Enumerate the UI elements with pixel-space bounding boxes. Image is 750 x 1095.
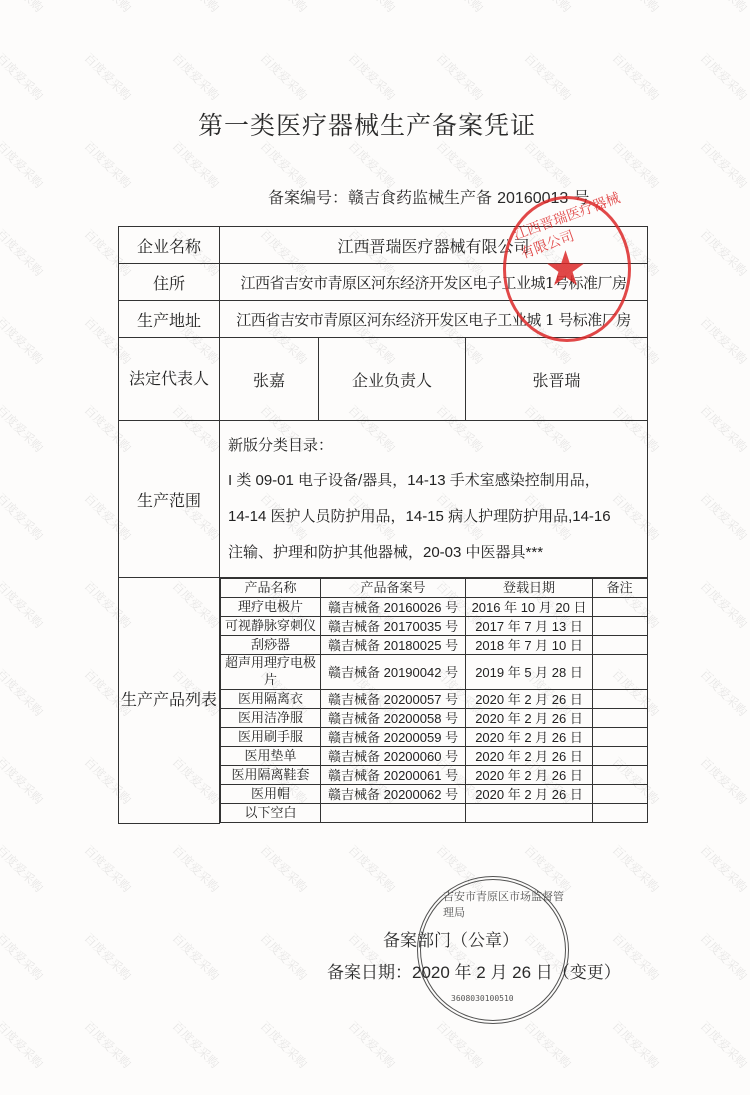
header-note: 备注 bbox=[592, 579, 647, 598]
watermark-text: 百度爱采购 bbox=[433, 1017, 487, 1071]
product-name: 刮痧器 bbox=[221, 636, 321, 655]
product-date: 2020 年 2 月 26 日 bbox=[466, 728, 593, 747]
watermark-text: 百度爱采购 bbox=[0, 489, 47, 543]
watermark-text: 百度爱采购 bbox=[609, 841, 663, 895]
watermark-text: 百度爱采购 bbox=[81, 0, 135, 16]
watermark-text: 百度爱采购 bbox=[521, 49, 575, 103]
watermark-text: 百度爱采购 bbox=[609, 0, 663, 16]
watermark-text: 百度爱采购 bbox=[0, 841, 47, 895]
filing-department: 备案部门（公章） bbox=[383, 926, 519, 951]
product-date: 2020 年 2 月 26 日 bbox=[466, 747, 593, 766]
product-name: 以下空白 bbox=[221, 804, 321, 823]
watermark-text: 百度爱采购 bbox=[521, 137, 575, 191]
watermark-text: 百度爱采购 bbox=[0, 137, 47, 191]
watermark-text: 百度爱采购 bbox=[169, 137, 223, 191]
watermark-text: 百度爱采购 bbox=[609, 49, 663, 103]
watermark-text: 百度爱采购 bbox=[0, 665, 47, 719]
product-list-container: 产品名称 产品备案号 登载日期 备注 理疗电极片赣吉械备 20160026 号2… bbox=[220, 578, 648, 824]
watermark-text: 百度爱采购 bbox=[169, 929, 223, 983]
watermark-text: 百度爱采购 bbox=[609, 1017, 663, 1071]
company-name-label: 企业名称 bbox=[119, 227, 220, 264]
product-record-no: 赣吉械备 20200059 号 bbox=[320, 728, 465, 747]
product-name: 医用隔离衣 bbox=[221, 690, 321, 709]
product-name: 医用隔离鞋套 bbox=[221, 766, 321, 785]
product-name: 可视静脉穿刺仪 bbox=[221, 617, 321, 636]
product-note bbox=[592, 747, 647, 766]
product-name: 超声用理疗电极片 bbox=[221, 655, 321, 690]
watermark-text: 百度爱采购 bbox=[345, 841, 399, 895]
watermark-text: 百度爱采购 bbox=[0, 753, 47, 807]
watermark-text: 百度爱采购 bbox=[0, 929, 47, 983]
product-date: 2018 年 7 月 10 日 bbox=[466, 636, 593, 655]
watermark-text: 百度爱采购 bbox=[257, 49, 311, 103]
product-record-no bbox=[320, 804, 465, 823]
watermark-text: 百度爱采购 bbox=[697, 49, 750, 103]
product-date: 2020 年 2 月 26 日 bbox=[466, 690, 593, 709]
product-row: 医用隔离鞋套赣吉械备 20200061 号2020 年 2 月 26 日 bbox=[221, 766, 648, 785]
watermark-text: 百度爱采购 bbox=[0, 313, 47, 367]
production-address-label: 生产地址 bbox=[119, 301, 220, 338]
product-row: 超声用理疗电极片赣吉械备 20190042 号2019 年 5 月 28 日 bbox=[221, 655, 648, 690]
watermark-text: 百度爱采购 bbox=[345, 1017, 399, 1071]
product-name: 医用刷手服 bbox=[221, 728, 321, 747]
legal-rep-label: 法定代表人 bbox=[119, 338, 220, 421]
product-record-no: 赣吉械备 20160026 号 bbox=[320, 598, 465, 617]
product-row: 刮痧器赣吉械备 20180025 号2018 年 7 月 10 日 bbox=[221, 636, 648, 655]
product-record-no: 赣吉械备 20170035 号 bbox=[320, 617, 465, 636]
scope-label: 生产范围 bbox=[119, 421, 220, 578]
watermark-text: 百度爱采购 bbox=[697, 0, 750, 16]
residence-value: 江西省吉安市青原区河东经济开发区电子工业城1号标准厂房 bbox=[220, 264, 648, 301]
record-number-suffix: 号 bbox=[573, 188, 589, 207]
watermark-text: 百度爱采购 bbox=[345, 0, 399, 16]
watermark-text: 百度爱采购 bbox=[697, 841, 750, 895]
watermark-text: 百度爱采购 bbox=[81, 841, 135, 895]
watermark-text: 百度爱采购 bbox=[169, 0, 223, 16]
certificate-table: 企业名称 江西晋瑞医疗器械有限公司 住所 江西省吉安市青原区河东经济开发区电子工… bbox=[118, 226, 648, 824]
product-note bbox=[592, 785, 647, 804]
scope-line: 注输、护理和防护其他器械，20-03 中医器具*** bbox=[228, 535, 639, 571]
watermark-text: 百度爱采购 bbox=[697, 929, 750, 983]
watermark-text: 百度爱采购 bbox=[697, 313, 750, 367]
header-date: 登载日期 bbox=[466, 579, 593, 598]
record-number-label: 备案编号： bbox=[268, 188, 348, 207]
watermark-text: 百度爱采购 bbox=[81, 137, 135, 191]
agency-seal-text: 吉安市青原区市场监督管理局 bbox=[443, 888, 565, 920]
watermark-text: 百度爱采购 bbox=[257, 929, 311, 983]
watermark-text: 百度爱采购 bbox=[0, 577, 47, 631]
product-name: 医用洁净服 bbox=[221, 709, 321, 728]
product-note bbox=[592, 598, 647, 617]
product-note bbox=[592, 709, 647, 728]
watermark-text: 百度爱采购 bbox=[697, 577, 750, 631]
record-number-prefix: 赣吉食药监械生产备 bbox=[348, 188, 492, 207]
watermark-text: 百度爱采购 bbox=[433, 0, 487, 16]
product-row: 理疗电极片赣吉械备 20160026 号2016 年 10 月 20 日 bbox=[221, 598, 648, 617]
watermark-text: 百度爱采购 bbox=[609, 137, 663, 191]
product-row: 医用隔离衣赣吉械备 20200057 号2020 年 2 月 26 日 bbox=[221, 690, 648, 709]
agency-seal-code: 3608030100510 bbox=[451, 994, 514, 1003]
scope-line: 14-14 医护人员防护用品，14-15 病人护理防护用品,14-16 bbox=[228, 499, 639, 535]
product-name: 理疗电极片 bbox=[221, 598, 321, 617]
product-note bbox=[592, 636, 647, 655]
product-date: 2017 年 7 月 13 日 bbox=[466, 617, 593, 636]
product-note bbox=[592, 690, 647, 709]
watermark-text: 百度爱采购 bbox=[521, 841, 575, 895]
watermark-text: 百度爱采购 bbox=[697, 137, 750, 191]
product-row: 医用垫单赣吉械备 20200060 号2020 年 2 月 26 日 bbox=[221, 747, 648, 766]
watermark-text: 百度爱采购 bbox=[0, 225, 47, 279]
product-record-no: 赣吉械备 20180025 号 bbox=[320, 636, 465, 655]
watermark-text: 百度爱采购 bbox=[81, 49, 135, 103]
product-row: 医用帽赣吉械备 20200062 号2020 年 2 月 26 日 bbox=[221, 785, 648, 804]
scope-line: 新版分类目录： bbox=[228, 427, 639, 463]
legal-rep-value: 张嘉 bbox=[220, 338, 319, 421]
product-name: 医用帽 bbox=[221, 785, 321, 804]
filing-date-label: 备案日期： bbox=[327, 963, 412, 983]
product-date: 2020 年 2 月 26 日 bbox=[466, 766, 593, 785]
company-head-value: 张晋瑞 bbox=[466, 338, 648, 421]
header-record-no: 产品备案号 bbox=[320, 579, 465, 598]
product-date: 2016 年 10 月 20 日 bbox=[466, 598, 593, 617]
watermark-text: 百度爱采购 bbox=[257, 1017, 311, 1071]
watermark-text: 百度爱采购 bbox=[345, 137, 399, 191]
product-record-no: 赣吉械备 20200060 号 bbox=[320, 747, 465, 766]
filing-date-value: 2020 年 2 月 26 日（变更） bbox=[412, 963, 621, 982]
company-name-value: 江西晋瑞医疗器械有限公司 bbox=[220, 227, 648, 264]
product-note bbox=[592, 617, 647, 636]
watermark-text: 百度爱采购 bbox=[345, 49, 399, 103]
product-date: 2020 年 2 月 26 日 bbox=[466, 785, 593, 804]
product-note bbox=[592, 804, 647, 823]
watermark-text: 百度爱采购 bbox=[433, 841, 487, 895]
watermark-text: 百度爱采购 bbox=[169, 841, 223, 895]
watermark-text: 百度爱采购 bbox=[81, 929, 135, 983]
watermark-text: 百度爱采购 bbox=[697, 225, 750, 279]
watermark-text: 百度爱采购 bbox=[257, 0, 311, 16]
watermark-text: 百度爱采购 bbox=[521, 0, 575, 16]
scope-value: 新版分类目录： I 类 09-01 电子设备/器具，14-13 手术室感染控制用… bbox=[220, 421, 648, 578]
watermark-text: 百度爱采购 bbox=[81, 1017, 135, 1071]
watermark-text: 百度爱采购 bbox=[697, 1017, 750, 1071]
product-header-row: 产品名称 产品备案号 登载日期 备注 bbox=[221, 579, 648, 598]
watermark-text: 百度爱采购 bbox=[0, 49, 47, 103]
product-date bbox=[466, 804, 593, 823]
watermark-text: 百度爱采购 bbox=[521, 1017, 575, 1071]
watermark-text: 百度爱采购 bbox=[0, 401, 47, 455]
product-row: 可视静脉穿刺仪赣吉械备 20170035 号2017 年 7 月 13 日 bbox=[221, 617, 648, 636]
product-note bbox=[592, 655, 647, 690]
record-number: 备案编号：赣吉食药监械生产备 20160013 号 bbox=[268, 185, 589, 208]
product-row: 以下空白 bbox=[221, 804, 648, 823]
production-address-value: 江西省吉安市青原区河东经济开发区电子工业城 1 号标准厂房 bbox=[220, 301, 648, 338]
product-record-no: 赣吉械备 20190042 号 bbox=[320, 655, 465, 690]
watermark-text: 百度爱采购 bbox=[697, 665, 750, 719]
product-note bbox=[592, 728, 647, 747]
product-record-no: 赣吉械备 20200062 号 bbox=[320, 785, 465, 804]
product-list-label: 生产产品列表 bbox=[119, 578, 220, 824]
product-row: 医用洁净服赣吉械备 20200058 号2020 年 2 月 26 日 bbox=[221, 709, 648, 728]
watermark-text: 百度爱采购 bbox=[697, 753, 750, 807]
record-number-value: 20160013 bbox=[497, 190, 568, 207]
watermark-text: 百度爱采购 bbox=[257, 841, 311, 895]
document-title: 第一类医疗器械生产备案凭证 bbox=[198, 106, 578, 142]
watermark-text: 百度爱采购 bbox=[169, 49, 223, 103]
watermark-text: 百度爱采购 bbox=[433, 137, 487, 191]
product-record-no: 赣吉械备 20200061 号 bbox=[320, 766, 465, 785]
watermark-text: 百度爱采购 bbox=[0, 0, 47, 16]
watermark-text: 百度爱采购 bbox=[697, 401, 750, 455]
watermark-text: 百度爱采购 bbox=[0, 1017, 47, 1071]
product-table: 产品名称 产品备案号 登载日期 备注 理疗电极片赣吉械备 20160026 号2… bbox=[220, 578, 648, 823]
scope-line: I 类 09-01 电子设备/器具，14-13 手术室感染控制用品， bbox=[228, 463, 639, 499]
product-record-no: 赣吉械备 20200058 号 bbox=[320, 709, 465, 728]
watermark-text: 百度爱采购 bbox=[697, 489, 750, 543]
company-head-label: 企业负责人 bbox=[319, 338, 466, 421]
watermark-text: 百度爱采购 bbox=[169, 1017, 223, 1071]
filing-date: 备案日期：2020 年 2 月 26 日（变更） bbox=[327, 958, 621, 983]
watermark-text: 百度爱采购 bbox=[257, 137, 311, 191]
watermark-text: 百度爱采购 bbox=[433, 49, 487, 103]
residence-label: 住所 bbox=[119, 264, 220, 301]
product-note bbox=[592, 766, 647, 785]
product-date: 2019 年 5 月 28 日 bbox=[466, 655, 593, 690]
product-row: 医用刷手服赣吉械备 20200059 号2020 年 2 月 26 日 bbox=[221, 728, 648, 747]
product-date: 2020 年 2 月 26 日 bbox=[466, 709, 593, 728]
product-name: 医用垫单 bbox=[221, 747, 321, 766]
product-record-no: 赣吉械备 20200057 号 bbox=[320, 690, 465, 709]
header-product-name: 产品名称 bbox=[221, 579, 321, 598]
